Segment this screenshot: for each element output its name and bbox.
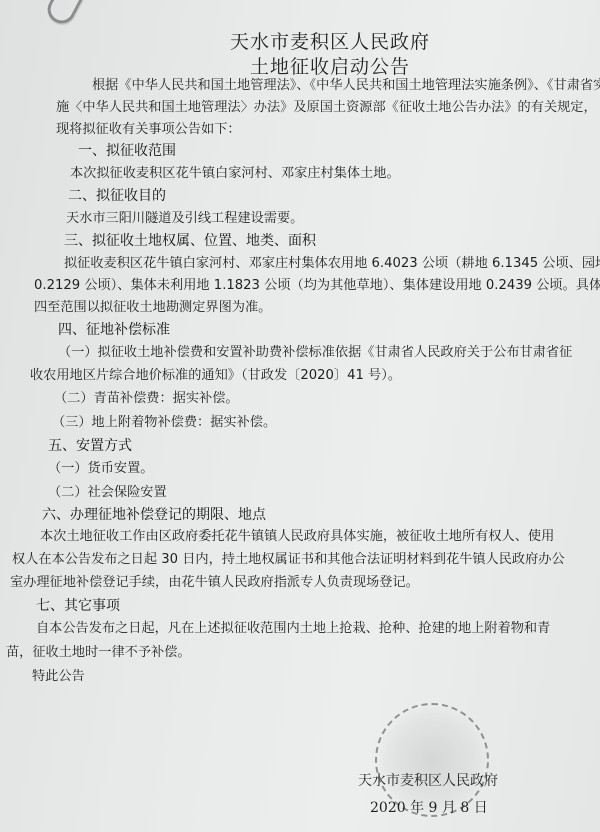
- section-body-other: 自本公告发布之日起，凡在上述拟征收范围内土地上抢栽、抢种、抢建的地上附着物和青: [36, 622, 550, 635]
- section-heading-scope: 一、拟征收范围: [78, 144, 176, 158]
- compensation-item: （一）拟征收土地补偿费和安置补助费补偿标准依据《甘肃省人民政府关于公布甘肃省征: [58, 346, 572, 359]
- document-title: 土地征收启动公告: [0, 52, 600, 79]
- section-body-ownership: 四至范围以拟征收土地勘测定界图为准。: [34, 301, 271, 314]
- issuer-signature: 天水市麦积区人民政府: [358, 774, 498, 788]
- section-heading-purpose: 二、拟征收目的: [68, 189, 166, 203]
- section-heading-compensation: 四、征地补偿标准: [58, 323, 170, 337]
- resettlement-item: （一）货币安置。: [48, 462, 154, 475]
- compensation-item: （三）地上附着物补偿费：据实补偿。: [52, 416, 276, 429]
- closing-text: 特此公告: [32, 670, 85, 683]
- intro-line: 施〈中华人民共和国土地管理法〉办法》及原国土资源部《征收土地公告办法》的有关规定…: [56, 101, 597, 114]
- section-body-ownership: 0.2129 公顷）、集体未利用地 1.1823 公顷（均为其他草地）、集体建设…: [34, 279, 600, 292]
- intro-line: 根据《中华人民共和国土地管理法》、《中华人民共和国土地管理法实施条例》、《甘肃省…: [92, 79, 600, 92]
- compensation-item: （二）青苗补偿费：据实补偿。: [54, 392, 239, 405]
- section-body-registration: 本次土地征收工作由区政府委托花牛镇镇人民政府具体实施，被征收土地所有权人、使用: [40, 530, 554, 543]
- section-body-ownership: 拟征收麦积区花牛镇白家河村、邓家庄村集体农用地 6.4023 公顷（耕地 6.1…: [64, 257, 600, 270]
- compensation-item: 收农用地区片综合地价标准的通知》（甘政发〔2020〕41 号）。: [30, 369, 401, 382]
- section-body-purpose: 天水市三阳川隧道及引线工程建设需要。: [66, 212, 303, 225]
- paperclip: [43, 0, 94, 28]
- section-body-scope: 本次拟征收麦积区花牛镇白家河村、邓家庄村集体土地。: [70, 167, 400, 180]
- section-heading-other: 七、其它事项: [36, 599, 120, 613]
- section-heading-registration: 六、办理征地补偿登记的期限、地点: [42, 508, 266, 522]
- section-body-registration: 室办理征地补偿登记手续，由花牛镇人民政府指派专人负责现场登记。: [10, 576, 419, 589]
- resettlement-item: （二）社会保险安置: [48, 486, 167, 499]
- section-heading-resettlement: 五、安置方式: [48, 439, 132, 453]
- section-heading-ownership: 三、拟征收土地权属、位置、地类、面积: [64, 234, 316, 248]
- intro-line: 现将拟征收有关事项公告如下：: [56, 123, 241, 136]
- section-body-registration: 权人在本公告发布之日起 30 日内，持土地权属证书和其他合法证明材料到花牛镇人民…: [12, 553, 565, 566]
- document-title-issuer: 天水市麦积区人民政府: [0, 27, 600, 54]
- section-body-other: 苗，征收土地时一律不予补偿。: [6, 646, 191, 659]
- issue-date: 2020 年 9 月 8 日: [370, 801, 488, 815]
